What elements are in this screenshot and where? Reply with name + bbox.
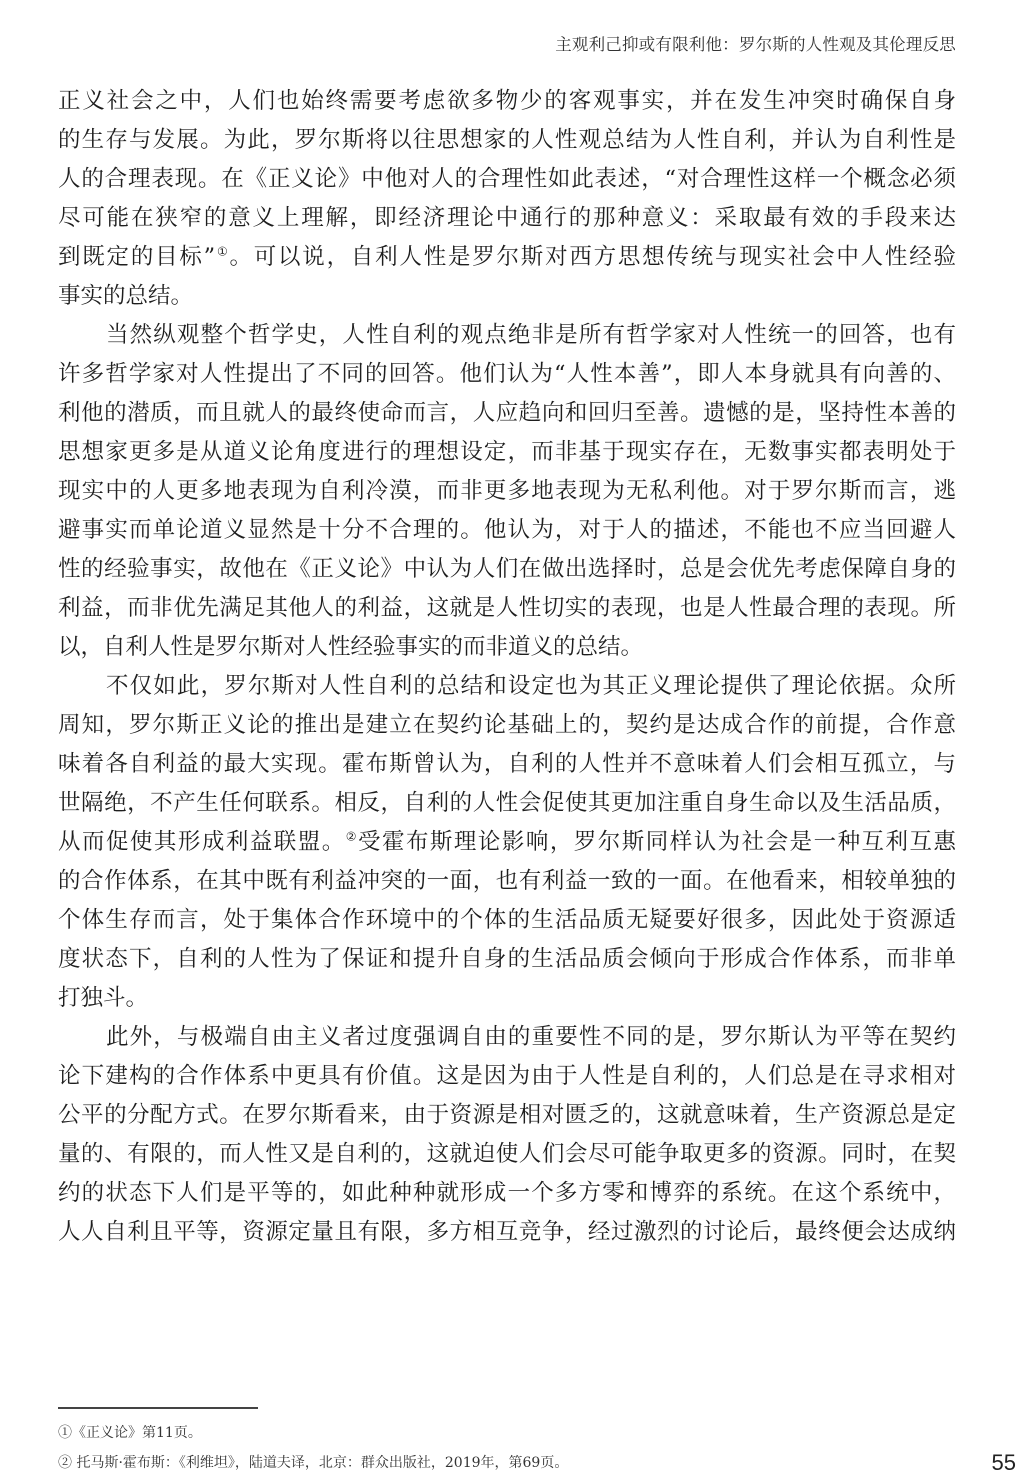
text-fragment: 到既定的目标” [58, 244, 215, 270]
text-line: 以，自利人性是罗尔斯对人性经验事实的而非道义的总结。 [58, 632, 956, 662]
text-line: 避事实而单论道义显然是十分不合理的。他认为，对于人的描述，不能也不应当回避人 [58, 515, 956, 545]
footnote-1: ①《正义论》第11页。 [58, 1422, 202, 1444]
page-number: 55 [992, 1450, 1016, 1476]
text-line: 不仅如此，罗尔斯对人性自利的总结和设定也为其正义理论提供了理论依据。众所 [106, 671, 956, 701]
text-line: 的合作体系，在其中既有利益冲突的一面，也有利益一致的一面。在他看来，相较单独的 [58, 866, 956, 896]
text-line: 人的合理表现。在《正义论》中他对人的合理性如此表述，“对合理性这样一个概念必须 [58, 164, 956, 194]
text-line: 许多哲学家对人性提出了不同的回答。他们认为“人性本善”，即人本身就具有向善的、 [58, 359, 956, 389]
running-header-title: 主观利己抑或有限利他：罗尔斯的人性观及其伦理反思 [555, 31, 956, 55]
document-page: 主观利己抑或有限利他：罗尔斯的人性观及其伦理反思 正义社会之中，人们也始终需要考… [0, 0, 1024, 1482]
text-line: 约的状态下人们是平等的，如此种种就形成一个多方零和博弈的系统。在这个系统中， [58, 1178, 956, 1208]
text-line: 利益，而非优先满足其他人的利益，这就是人性切实的表现，也是人性最合理的表现。所 [58, 593, 956, 623]
footnote-ref-1[interactable]: ① [215, 245, 229, 259]
text-fragment: 从而促使其形成利益联盟。 [58, 829, 346, 855]
text-line: 打独斗。 [58, 983, 956, 1013]
text-line: 性的经验事实，故他在《正义论》中认为人们在做出选择时，总是会优先考虑保障自身的 [58, 554, 956, 584]
footnote-divider [58, 1407, 258, 1409]
text-line: 的生存与发展。为此，罗尔斯将以往思想家的人性观总结为人性自利，并认为自利性是 [58, 125, 956, 155]
text-line: 现实中的人更多地表现为自利冷漠，而非更多地表现为无私利他。对于罗尔斯而言，逃 [58, 476, 956, 506]
text-line: 人人自利且平等，资源定量且有限，多方相互竞争，经过激烈的讨论后，最终便会达成纳 [58, 1217, 956, 1247]
text-line-with-footnote: 到既定的目标”①。可以说，自利人性是罗尔斯对西方思想传统与现实社会中人性经验 [58, 242, 956, 272]
text-line: 公平的分配方式。在罗尔斯看来，由于资源是相对匮乏的，这就意味着，生产资源总是定 [58, 1100, 956, 1130]
text-line: 利他的潜质，而且就人的最终使命而言，人应趋向和回归至善。遗憾的是，坚持性本善的 [58, 398, 956, 428]
text-line: 周知，罗尔斯正义论的推出是建立在契约论基础上的，契约是达成合作的前提，合作意 [58, 710, 956, 740]
text-line: 世隔绝，不产生任何联系。相反，自利的人性会促使其更加注重自身生命以及生活品质， [58, 788, 956, 818]
text-line: 味着各自利益的最大实现。霍布斯曾认为，自利的人性并不意味着人们会相互孤立，与 [58, 749, 956, 779]
text-line-with-footnote: 从而促使其形成利益联盟。②受霍布斯理论影响，罗尔斯同样认为社会是一种互利互惠 [58, 827, 956, 857]
text-line: 事实的总结。 [58, 281, 956, 311]
text-line: 此外，与极端自由主义者过度强调自由的重要性不同的是，罗尔斯认为平等在契约 [106, 1022, 956, 1052]
text-fragment: 。可以说，自利人性是罗尔斯对西方思想传统与现实社会中人性经验 [229, 244, 956, 270]
text-line: 正义社会之中，人们也始终需要考虑欲多物少的客观事实，并在发生冲突时确保自身 [58, 86, 956, 116]
text-line: 思想家更多是从道义论角度进行的理想设定，而非基于现实存在，无数事实都表明处于 [58, 437, 956, 467]
text-line: 度状态下，自利的人性为了保证和提升自身的生活品质会倾向于形成合作体系，而非单 [58, 944, 956, 974]
text-line: 当然纵观整个哲学史，人性自利的观点绝非是所有哲学家对人性统一的回答，也有 [106, 320, 956, 350]
footnote-2: ② 托马斯·霍布斯：《利维坦》，陆道夫译，北京：群众出版社，2019年，第69页… [58, 1452, 568, 1474]
footnote-ref-2[interactable]: ② [346, 830, 358, 844]
text-line: 论下建构的合作体系中更具有价值。这是因为由于人性是自利的，人们总是在寻求相对 [58, 1061, 956, 1091]
text-line: 个体生存而言，处于集体合作环境中的个体的生活品质无疑要好很多，因此处于资源适 [58, 905, 956, 935]
text-line: 尽可能在狭窄的意义上理解，即经济理论中通行的那种意义：采取最有效的手段来达 [58, 203, 956, 233]
text-line: 量的、有限的，而人性又是自利的，这就迫使人们会尽可能争取更多的资源。同时，在契 [58, 1139, 956, 1169]
text-fragment: 受霍布斯理论影响，罗尔斯同样认为社会是一种互利互惠 [358, 829, 956, 855]
